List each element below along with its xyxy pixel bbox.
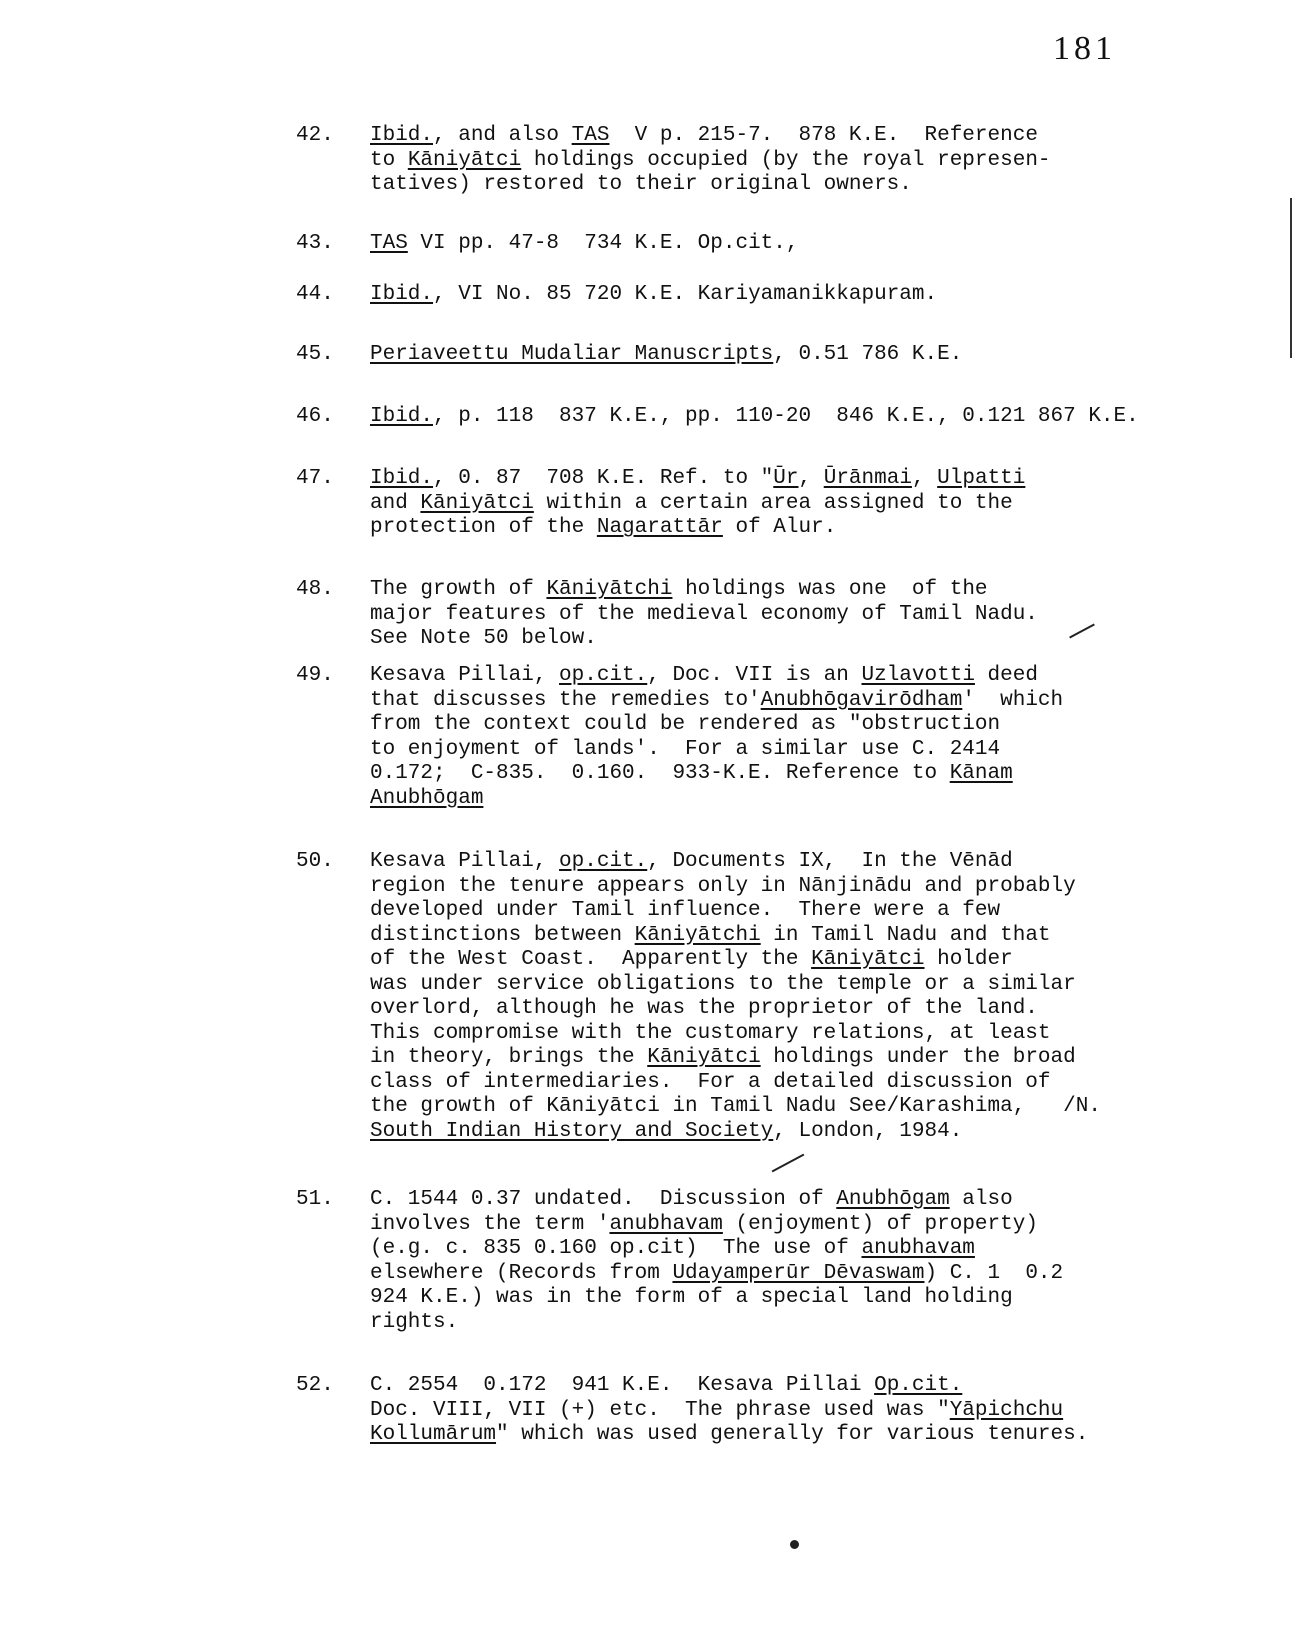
underlined-term: Periaveettu Mudaliar Manuscripts (370, 343, 773, 366)
text-run: , London, 1984. (773, 1120, 962, 1143)
text-run: in Tamil Nadu and that (761, 924, 1051, 947)
footnote-text: Kesava Pillai, op.cit., Doc. VII is an U… (370, 664, 1063, 811)
text-line: Kesava Pillai, op.cit., Doc. VII is an U… (370, 664, 1063, 689)
text-run: ) C. 1 0.2 (925, 1262, 1064, 1285)
text-line: to Kāniyātci holdings occupied (by the r… (370, 149, 1051, 174)
text-run: class of intermediaries. For a detailed … (370, 1071, 1051, 1094)
text-line: See Note 50 below. (370, 627, 1038, 652)
page-dot (790, 1540, 799, 1549)
text-run: , (912, 467, 937, 490)
text-run: ' which (962, 689, 1063, 712)
text-line: involves the term 'anubhavam (enjoyment)… (370, 1213, 1063, 1238)
text-run: , and also (433, 124, 572, 147)
footnote-number: 50. (296, 850, 366, 875)
underlined-term: Kollumārum (370, 1423, 496, 1446)
text-line: and Kāniyātci within a certain area assi… (370, 492, 1025, 517)
text-run: also (950, 1188, 1013, 1211)
text-run: rights. (370, 1311, 458, 1334)
text-run: was under service obligations to the tem… (370, 973, 1076, 996)
text-line: overlord, although he was the proprietor… (370, 997, 1101, 1022)
footnote-number: 52. (296, 1374, 366, 1399)
footnote-number: 49. (296, 664, 366, 689)
underlined-term: Uzlavotti (862, 664, 975, 687)
text-run: of the West Coast. Apparently the (370, 948, 811, 971)
text-line: Anubhōgam (370, 787, 1063, 812)
text-run: (enjoyment) of property) (723, 1213, 1038, 1236)
text-line: region the tenure appears only in Nānjin… (370, 875, 1101, 900)
footnote-number: 44. (296, 283, 366, 308)
text-run: developed under Tamil influence. There w… (370, 899, 1000, 922)
text-line: that discusses the remedies to'Anubhōgav… (370, 689, 1063, 714)
text-run: V p. 215-7. 878 K.E. Reference (609, 124, 1037, 147)
footnote-number: 47. (296, 467, 366, 492)
underlined-term: anubhavam (609, 1213, 722, 1236)
underlined-term: Kāniyātchi (546, 578, 672, 601)
text-run: , p. 118 837 K.E., pp. 110-20 846 K.E., … (433, 405, 1139, 428)
footnote-number: 51. (296, 1188, 366, 1213)
text-line: Ibid., and also TAS V p. 215-7. 878 K.E.… (370, 124, 1051, 149)
text-run: This compromise with the customary relat… (370, 1022, 1051, 1045)
underlined-term: Udayamperūr Dēvaswam (672, 1262, 924, 1285)
text-line: Kollumārum" which was used generally for… (370, 1423, 1088, 1448)
text-line: Ibid., p. 118 837 K.E., pp. 110-20 846 K… (370, 405, 1139, 430)
pen-mark (772, 1154, 805, 1173)
margin-rule (1290, 198, 1292, 358)
text-run: holdings under the broad (761, 1046, 1076, 1069)
footnote-number: 42. (296, 124, 366, 149)
text-run: The growth of (370, 578, 546, 601)
text-run: region the tenure appears only in Nānjin… (370, 875, 1076, 898)
underlined-term: Kānam (950, 762, 1013, 785)
underlined-term: Anubhōgam (836, 1188, 949, 1211)
text-run: Kesava Pillai, (370, 664, 559, 687)
text-line: class of intermediaries. For a detailed … (370, 1071, 1101, 1096)
text-line: protection of the Nagarattār of Alur. (370, 516, 1025, 541)
underlined-term: Op.cit. (874, 1374, 962, 1397)
text-run: , Documents IX, In the Vēnād (647, 850, 1012, 873)
text-run: C. 2554 0.172 941 K.E. Kesava Pillai (370, 1374, 874, 1397)
underlined-term: Ulpatti (937, 467, 1025, 490)
text-line: of the West Coast. Apparently the Kāniyā… (370, 948, 1101, 973)
underlined-term: Kāniyātci (420, 492, 533, 515)
text-run: , VI No. 85 720 K.E. Kariyamanikkapuram. (433, 283, 937, 306)
underlined-term: Nagarattār (597, 516, 723, 539)
text-line: tatives) restored to their original owne… (370, 173, 1051, 198)
underlined-term: Ibid. (370, 467, 433, 490)
text-line: Periaveettu Mudaliar Manuscripts, 0.51 7… (370, 343, 962, 368)
underlined-term: Yāpichchu (950, 1399, 1063, 1422)
text-run: VI pp. 47-8 734 K.E. Op.cit., (408, 232, 799, 255)
underlined-term: Ūr (773, 467, 798, 490)
text-run: (e.g. c. 835 0.160 op.cit) The use of (370, 1237, 861, 1260)
underlined-term: anubhavam (861, 1237, 974, 1260)
underlined-term: op.cit. (559, 850, 647, 873)
text-line: Doc. VIII, VII (+) etc. The phrase used … (370, 1399, 1088, 1424)
underlined-term: Anubhōgavirōdham (761, 689, 963, 712)
pen-mark (1069, 624, 1095, 639)
underlined-term: TAS (572, 124, 610, 147)
text-line: to enjoyment of lands'. For a similar us… (370, 738, 1063, 763)
text-run: C. 1544 0.37 undated. Discussion of (370, 1188, 836, 1211)
underlined-term: South Indian History and Society (370, 1120, 773, 1143)
text-line: This compromise with the customary relat… (370, 1022, 1101, 1047)
underlined-term: Ibid. (370, 283, 433, 306)
footnote-number: 46. (296, 405, 366, 430)
text-line: (e.g. c. 835 0.160 op.cit) The use of an… (370, 1237, 1063, 1262)
text-run: See Note 50 below. (370, 627, 597, 650)
underlined-term: Ūrānmai (824, 467, 912, 490)
text-run: holdings was one of the (672, 578, 987, 601)
footnote-number: 43. (296, 232, 366, 257)
text-line: C. 1544 0.37 undated. Discussion of Anub… (370, 1188, 1063, 1213)
footnote-text: Periaveettu Mudaliar Manuscripts, 0.51 7… (370, 343, 962, 368)
footnote-text: Kesava Pillai, op.cit., Documents IX, In… (370, 850, 1101, 1144)
footnote-text: Ibid., VI No. 85 720 K.E. Kariyamanikkap… (370, 283, 937, 308)
text-run: overlord, although he was the proprietor… (370, 997, 1038, 1020)
text-run: Kesava Pillai, (370, 850, 559, 873)
underlined-term: Kāniyātci (811, 948, 924, 971)
footnote-text: Ibid., p. 118 837 K.E., pp. 110-20 846 K… (370, 405, 1139, 430)
text-line: 0.172; C-835. 0.160. 933-K.E. Reference … (370, 762, 1063, 787)
text-run: holdings occupied (by the royal represen… (521, 149, 1050, 172)
text-run: distinctions between (370, 924, 635, 947)
text-run: the growth of Kāniyātci in Tamil Nadu Se… (370, 1095, 1101, 1118)
text-run: Doc. VIII, VII (+) etc. The phrase used … (370, 1399, 950, 1422)
text-run: within a certain area assigned to the (534, 492, 1013, 515)
footnote-text: C. 1544 0.37 undated. Discussion of Anub… (370, 1188, 1063, 1335)
text-line: was under service obligations to the tem… (370, 973, 1101, 998)
footnote-number: 45. (296, 343, 366, 368)
footnote-text: Ibid., and also TAS V p. 215-7. 878 K.E.… (370, 124, 1051, 198)
text-line: elsewhere (Records from Udayamperūr Dēva… (370, 1262, 1063, 1287)
footnote-text: TAS VI pp. 47-8 734 K.E. Op.cit., (370, 232, 798, 257)
text-run: holder (925, 948, 1013, 971)
underlined-term: Anubhōgam (370, 787, 483, 810)
text-run: , 0.51 786 K.E. (773, 343, 962, 366)
text-run: 924 K.E.) was in the form of a special l… (370, 1286, 1013, 1309)
underlined-term: Ibid. (370, 405, 433, 428)
text-run: " which was used generally for various t… (496, 1423, 1088, 1446)
text-line: rights. (370, 1311, 1063, 1336)
text-run: from the context could be rendered as "o… (370, 713, 1000, 736)
text-run: deed (975, 664, 1038, 687)
text-run: to enjoyment of lands'. For a similar us… (370, 738, 1000, 761)
text-line: from the context could be rendered as "o… (370, 713, 1063, 738)
footnote-number: 48. (296, 578, 366, 603)
text-line: distinctions between Kāniyātchi in Tamil… (370, 924, 1101, 949)
page-number: 181 (1053, 30, 1116, 68)
text-line: major features of the medieval economy o… (370, 603, 1038, 628)
text-run: in theory, brings the (370, 1046, 647, 1069)
text-line: 924 K.E.) was in the form of a special l… (370, 1286, 1063, 1311)
underlined-term: Ibid. (370, 124, 433, 147)
text-run: of Alur. (723, 516, 836, 539)
text-line: South Indian History and Society, London… (370, 1120, 1101, 1145)
text-run: tatives) restored to their original owne… (370, 173, 912, 196)
underlined-term: Kāniyātci (647, 1046, 760, 1069)
text-run: , 0. 87 708 K.E. Ref. to " (433, 467, 773, 490)
footnote-text: C. 2554 0.172 941 K.E. Kesava Pillai Op.… (370, 1374, 1088, 1448)
underlined-term: TAS (370, 232, 408, 255)
text-run: elsewhere (Records from (370, 1262, 672, 1285)
footnote-text: Ibid., 0. 87 708 K.E. Ref. to "Ūr, Ūrānm… (370, 467, 1025, 541)
text-run: and (370, 492, 420, 515)
text-line: developed under Tamil influence. There w… (370, 899, 1101, 924)
text-run: 0.172; C-835. 0.160. 933-K.E. Reference … (370, 762, 950, 785)
underlined-term: op.cit. (559, 664, 647, 687)
text-run: to (370, 149, 408, 172)
underlined-term: Kāniyātchi (635, 924, 761, 947)
text-run: , (799, 467, 824, 490)
text-line: Ibid., VI No. 85 720 K.E. Kariyamanikkap… (370, 283, 937, 308)
text-line: the growth of Kāniyātci in Tamil Nadu Se… (370, 1095, 1101, 1120)
text-run: , Doc. VII is an (647, 664, 861, 687)
text-line: TAS VI pp. 47-8 734 K.E. Op.cit., (370, 232, 798, 257)
text-run: that discusses the remedies to' (370, 689, 761, 712)
text-run: involves the term ' (370, 1213, 609, 1236)
underlined-term: Kāniyātci (408, 149, 521, 172)
text-line: Ibid., 0. 87 708 K.E. Ref. to "Ūr, Ūrānm… (370, 467, 1025, 492)
text-run: major features of the medieval economy o… (370, 603, 1038, 626)
text-run: protection of the (370, 516, 597, 539)
text-line: The growth of Kāniyātchi holdings was on… (370, 578, 1038, 603)
text-line: Kesava Pillai, op.cit., Documents IX, In… (370, 850, 1101, 875)
text-line: in theory, brings the Kāniyātci holdings… (370, 1046, 1101, 1071)
footnote-text: The growth of Kāniyātchi holdings was on… (370, 578, 1038, 652)
text-line: C. 2554 0.172 941 K.E. Kesava Pillai Op.… (370, 1374, 1088, 1399)
